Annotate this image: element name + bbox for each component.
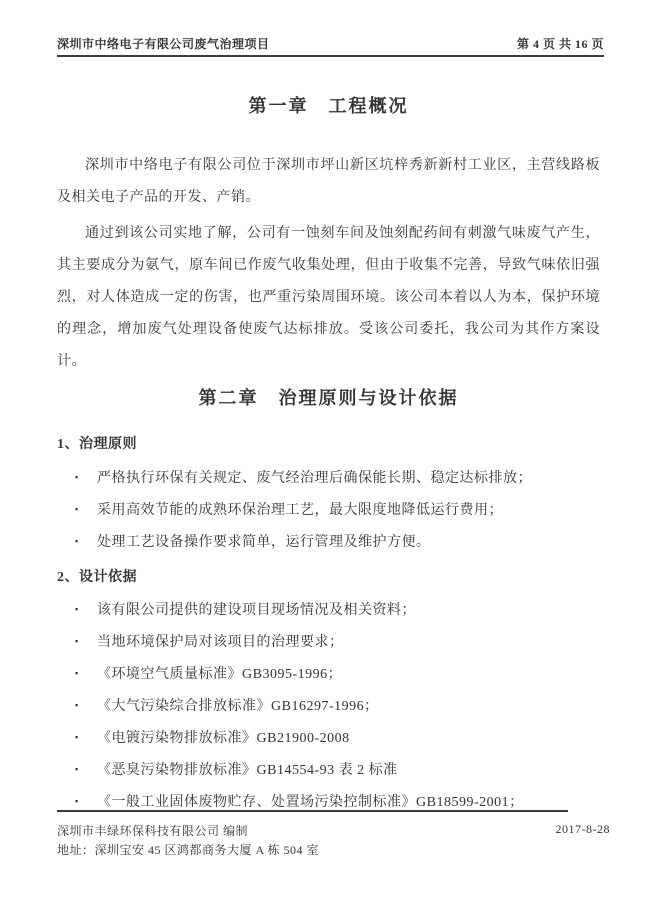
list-item-text: 《恶臭污染物排放标准》GB14554-93 表 2 标准 <box>97 759 398 779</box>
header-project-title: 深圳市中络电子有限公司废气治理项目 <box>57 35 270 52</box>
list-item-text: 《电镀污染物排放标准》GB21900-2008 <box>97 727 350 747</box>
bullet-icon: ▪ <box>75 700 97 710</box>
bullet-icon: ▪ <box>75 536 97 546</box>
list-item: ▪ 《电镀污染物排放标准》GB21900-2008 <box>57 721 600 753</box>
footer-company: 深圳市丰绿环保科技有限公司 编制 <box>57 822 248 839</box>
chapter1-paragraph-2: 通过到该公司实地了解，公司有一蚀刻车间及蚀刻配药间有刺激气味废气产生，其主要成分… <box>57 218 600 378</box>
section2-heading: 2、设计依据 <box>57 566 137 586</box>
bullet-icon: ▪ <box>75 796 97 806</box>
list-item-text: 《大气污染综合排放标准》GB16297-1996； <box>97 695 379 715</box>
bullet-icon: ▪ <box>75 636 97 646</box>
list-item: ▪ 严格执行环保有关规定、废气经治理后确保能长期、稳定达标排放； <box>57 461 600 493</box>
section1-bullet-list: ▪ 严格执行环保有关规定、废气经治理后确保能长期、稳定达标排放； ▪ 采用高效节… <box>57 461 600 557</box>
list-item: ▪ 处理工艺设备操作要求简单，运行管理及维护方便。 <box>57 525 600 557</box>
section1-heading: 1、治理原则 <box>57 433 137 453</box>
bullet-icon: ▪ <box>75 732 97 742</box>
header-page-indicator: 第 4 页 共 16 页 <box>517 35 604 52</box>
page-footer-row2: 地址：深圳宝安 45 区鸿都商务大厦 A 栋 504 室 <box>57 841 319 858</box>
bullet-icon: ▪ <box>75 604 97 614</box>
list-item: ▪ 当地环境保护局对该项目的治理要求； <box>57 625 600 657</box>
bullet-icon: ▪ <box>75 668 97 678</box>
list-item-text: 采用高效节能的成熟环保治理工艺，最大限度地降低运行费用； <box>97 499 503 519</box>
list-item-text: 《环境空气质量标准》GB3095-1996； <box>97 663 342 683</box>
list-item: ▪ 《恶臭污染物排放标准》GB14554-93 表 2 标准 <box>57 753 600 785</box>
list-item-text: 该有限公司提供的建设项目现场情况及相关资料； <box>97 599 416 619</box>
page-footer-row1: 深圳市丰绿环保科技有限公司 编制 2017-8-28 <box>57 822 610 839</box>
footer-date: 2017-8-28 <box>556 822 611 839</box>
list-item-text: 当地环境保护局对该项目的治理要求； <box>97 631 344 651</box>
bullet-icon: ▪ <box>75 472 97 482</box>
list-item-text: 处理工艺设备操作要求简单，运行管理及维护方便。 <box>97 531 431 551</box>
list-item: ▪ 《环境空气质量标准》GB3095-1996； <box>57 657 600 689</box>
list-item: ▪ 《一般工业固体废物贮存、处置场污染控制标准》GB18599-2001； <box>57 785 600 817</box>
bullet-icon: ▪ <box>75 504 97 514</box>
chapter1-paragraph-1: 深圳市中络电子有限公司位于深圳市坪山新区坑梓秀新新村工业区，主营线路板及相关电子… <box>57 150 600 214</box>
page-header: 深圳市中络电子有限公司废气治理项目 第 4 页 共 16 页 <box>57 35 604 57</box>
chapter2-title: 第二章 治理原则与设计依据 <box>57 384 600 410</box>
chapter1-title: 第一章 工程概况 <box>57 92 600 118</box>
list-item: ▪ 《大气污染综合排放标准》GB16297-1996； <box>57 689 600 721</box>
bullet-icon: ▪ <box>75 764 97 774</box>
section2-bullet-list: ▪ 该有限公司提供的建设项目现场情况及相关资料； ▪ 当地环境保护局对该项目的治… <box>57 593 600 817</box>
list-item-text: 严格执行环保有关规定、废气经治理后确保能长期、稳定达标排放； <box>97 467 532 487</box>
list-item: ▪ 该有限公司提供的建设项目现场情况及相关资料； <box>57 593 600 625</box>
footer-divider <box>57 810 568 812</box>
list-item-text: 《一般工业固体废物贮存、处置场污染控制标准》GB18599-2001； <box>97 791 524 811</box>
list-item: ▪ 采用高效节能的成熟环保治理工艺，最大限度地降低运行费用； <box>57 493 600 525</box>
document-page: 深圳市中络电子有限公司废气治理项目 第 4 页 共 16 页 第一章 工程概况 … <box>0 0 646 914</box>
footer-address: 地址：深圳宝安 45 区鸿都商务大厦 A 栋 504 室 <box>57 843 319 857</box>
